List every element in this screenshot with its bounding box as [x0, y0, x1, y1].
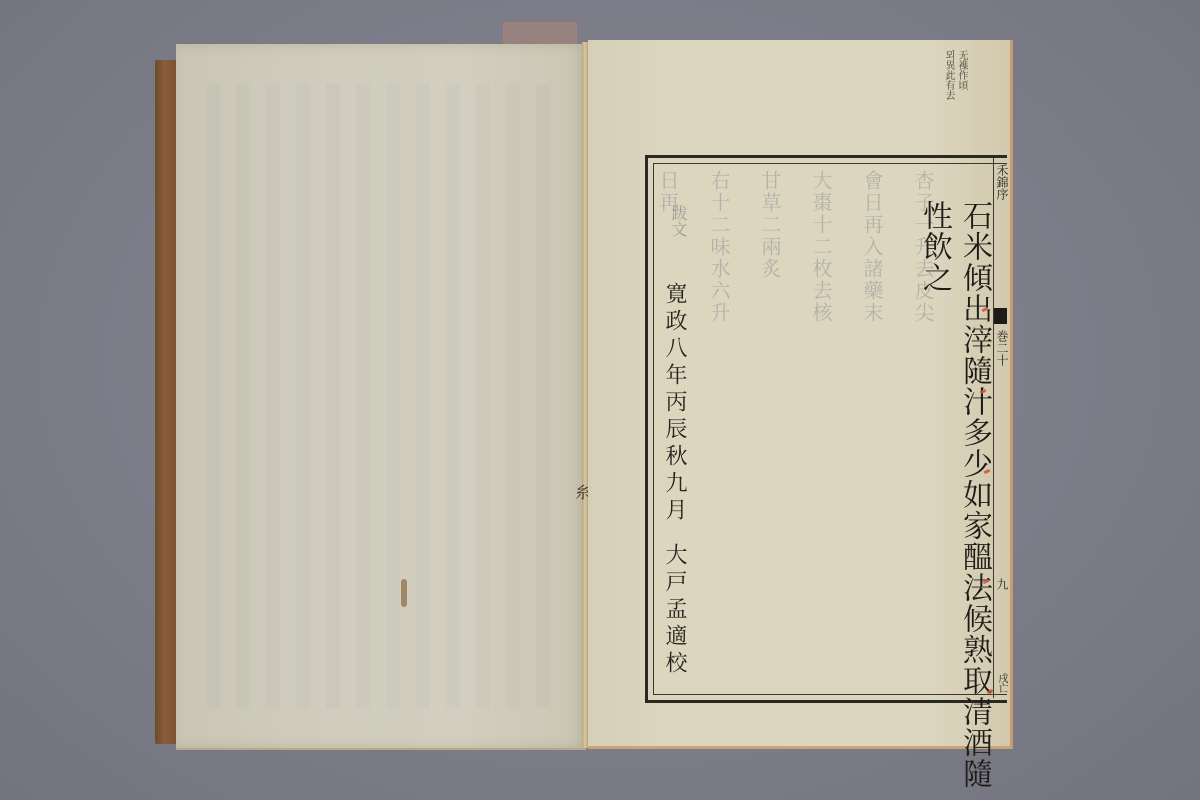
colophon-signature: 大戸孟適校	[662, 543, 687, 678]
margin-note-col1: 无襍作頃	[956, 50, 967, 90]
hashira-margin: 禾錦序 巻二十 九 戌亡	[993, 158, 1008, 698]
left-page	[176, 44, 586, 750]
margin-note-second: 뫼異此有去	[943, 50, 954, 100]
faint-heading: 跋文	[660, 205, 690, 237]
bleed-column: 右十二味水六升	[705, 170, 734, 670]
margin-note: 无襍作頃	[956, 50, 967, 90]
bleed-column: 甘草二兩炙	[756, 170, 785, 670]
bleed-through-texture	[206, 84, 556, 708]
corner-mark: 戌亡	[994, 673, 1009, 693]
bleed-column: 會日再入諸藥末	[858, 170, 887, 670]
colophon: 寛政八年丙辰秋九月大戸孟適校	[650, 282, 694, 678]
paper-stain	[401, 579, 407, 607]
hashira-title: 禾錦序	[994, 164, 1011, 200]
fish-tail-mark	[994, 308, 1007, 324]
bleed-column: 大棗十二枚去核	[807, 170, 836, 670]
hashira-volume: 巻二十	[994, 330, 1011, 366]
main-text-column: 石米傾出滓隨汁多少如家醞法候熟取清酒隨性飲之	[952, 200, 994, 800]
bleed-columns: 杏子一升去皮尖 會日再入諸藥末 大棗十二枚去核 甘草二兩炙 右十二味水六升 日再	[678, 170, 938, 670]
margin-note-col2: 뫼異此有去	[943, 50, 954, 100]
hashira-folio: 九	[994, 578, 1011, 590]
colophon-date: 寛政八年丙辰秋九月	[662, 282, 687, 525]
